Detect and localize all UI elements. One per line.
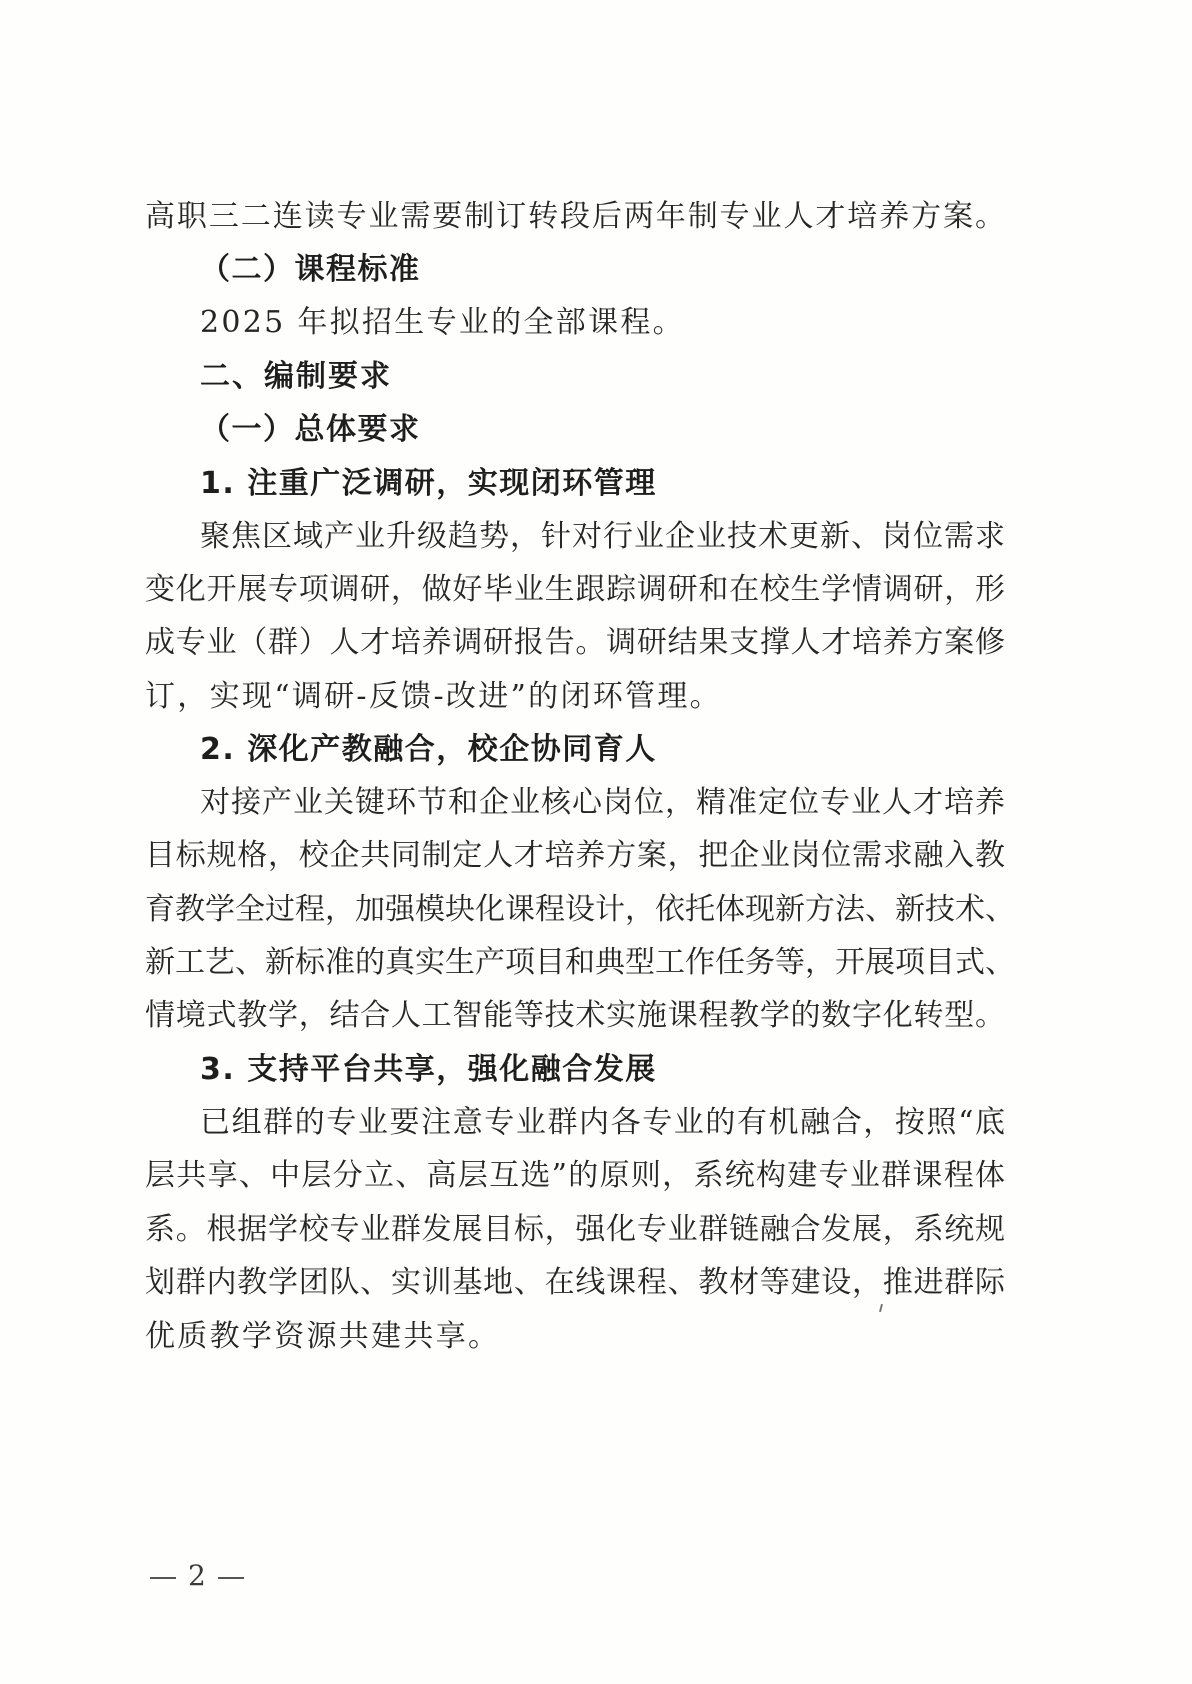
paragraph-3-line-2: 层共享、中层分立、高层互选”的原则，系统构建专业群课程体 bbox=[145, 1149, 1005, 1203]
subheading-research-closed-loop: 1. 注重广泛调研，实现闭环管理 bbox=[200, 457, 1005, 511]
paragraph-2-line-5: 情境式教学，结合人工智能等技术实施课程教学的数字化转型。 bbox=[145, 989, 1005, 1043]
body-line-courses: 2025 年拟招生专业的全部课程。 bbox=[200, 296, 1005, 350]
subheading-industry-education-integration: 2. 深化产教融合，校企协同育人 bbox=[200, 723, 1005, 777]
paragraph-3-line-4: 划群内教学团队、实训基地、在线课程、教材等建设，推进群际 bbox=[145, 1256, 1005, 1310]
document-page: 高职三二连读专业需要制订转段后两年制专业人才培养方案。 （二）课程标准 2025… bbox=[0, 0, 1192, 1684]
page-number: 2 bbox=[150, 1556, 244, 1596]
paragraph-1-line-4: 订，实现“调研-反馈-改进”的闭环管理。 bbox=[145, 670, 1005, 724]
paragraph-2-line-1: 对接产业关键环节和企业核心岗位，精准定位专业人才培养 bbox=[200, 776, 1005, 830]
paragraph-1-line-1: 聚焦区域产业升级趋势，针对行业企业技术更新、岗位需求 bbox=[200, 510, 1005, 564]
paragraph-1-line-2: 变化开展专项调研，做好毕业生跟踪调研和在校生学情调研，形 bbox=[145, 563, 1005, 617]
body-line-1: 高职三二连读专业需要制订转段后两年制专业人才培养方案。 bbox=[145, 190, 1005, 244]
subheading-platform-sharing: 3. 支持平台共享，强化融合发展 bbox=[200, 1043, 1005, 1097]
paragraph-2-line-4: 新工艺、新标准的真实生产项目和典型工作任务等，开展项目式、 bbox=[145, 936, 1005, 990]
section-heading-course-standards: （二）课程标准 bbox=[200, 243, 1005, 297]
page-number-value: 2 bbox=[188, 1556, 206, 1596]
section-heading-general-requirements: （一）总体要求 bbox=[200, 403, 1005, 457]
paragraph-1-line-3: 成专业（群）人才培养调研报告。调研结果支撑人才培养方案修 bbox=[145, 616, 1005, 670]
paragraph-3-line-5: 优质教学资源共建共享。 bbox=[145, 1310, 1005, 1364]
page-number-dash-right bbox=[218, 1577, 244, 1579]
page-number-dash-left bbox=[150, 1577, 176, 1579]
paragraph-3-line-1: 已组群的专业要注意专业群内各专业的有机融合，按照“底 bbox=[200, 1096, 1005, 1150]
paragraph-2-line-3: 育教学全过程，加强模块化课程设计，依托体现新方法、新技术、 bbox=[145, 883, 1005, 937]
paragraph-2-line-2: 目标规格，校企共同制定人才培养方案，把企业岗位需求融入教 bbox=[145, 829, 1005, 883]
paragraph-3-line-3: 系。根据学校专业群发展目标，强化专业群链融合发展，系统规 bbox=[145, 1203, 1005, 1257]
heading-compilation-requirements: 二、编制要求 bbox=[200, 350, 1005, 404]
